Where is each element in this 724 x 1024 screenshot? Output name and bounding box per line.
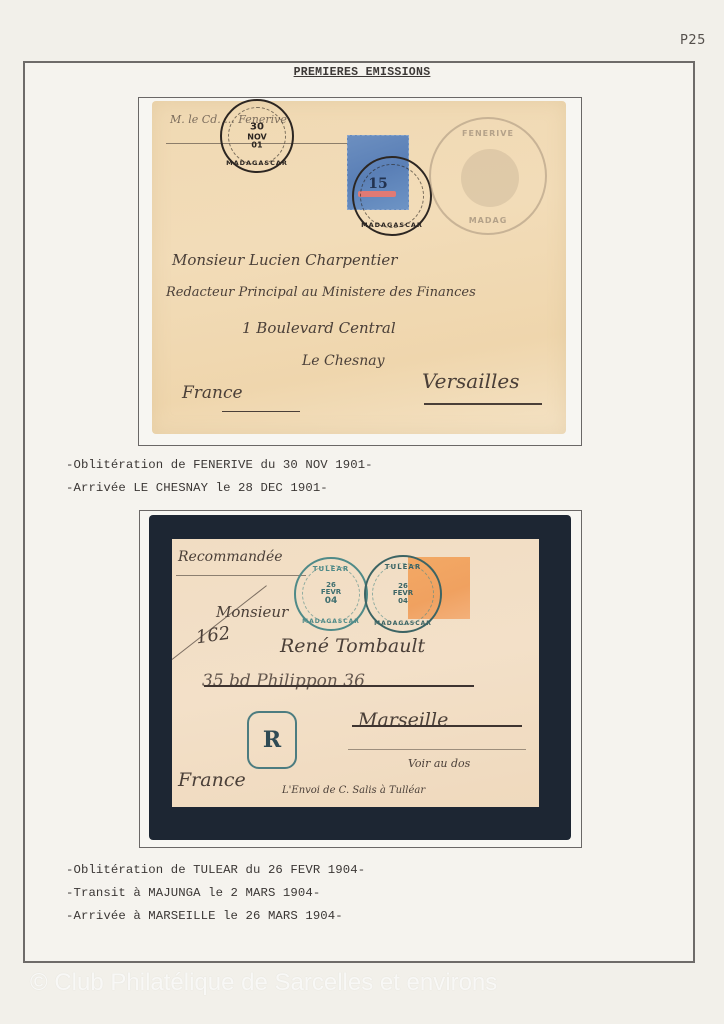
address-line-4-struck: Marseille xyxy=(358,709,448,731)
cover-1-mount: M. le Cd. ... Fenerive 30 NOV 01 MADAGAS… xyxy=(138,97,582,446)
strike-line-4 xyxy=(352,725,522,727)
address-line-1: Monsieur Lucien Charpentier xyxy=(172,251,397,269)
address-line-2: Redacteur Principal au Ministere des Fin… xyxy=(166,285,476,300)
postmark-on-stamp-place: MADAGASCAR xyxy=(354,221,430,229)
postmark-on-stamp: MADAGASCAR xyxy=(352,156,432,236)
caption-cover-2-line-1: -Oblitération de TULEAR du 26 FEVR 1904- xyxy=(66,863,365,877)
cover-2-envelope: Recommandée TULEAR 26 FEVR 04 MADAGASCAR… xyxy=(172,539,539,807)
postmark-2-place-bottom: MADAGASCAR xyxy=(366,620,440,627)
postmark-1-place-bottom: MADAGASCAR xyxy=(296,618,366,625)
postmark-tulear-1: TULEAR 26 FEVR 04 MADAGASCAR xyxy=(294,557,368,631)
caption-cover-2-line-2: -Transit à MAJUNGA le 2 MARS 1904- xyxy=(66,886,320,900)
postmark-place: MADAGASCAR xyxy=(222,159,292,167)
address-country: France xyxy=(182,383,243,403)
recommandee-rule xyxy=(176,575,306,576)
city-underline xyxy=(424,403,542,405)
address-line-2: René Tombault xyxy=(280,635,425,657)
strike-line-3 xyxy=(204,685,474,687)
page-number: P25 xyxy=(680,33,706,48)
postmark-2-year: 04 xyxy=(366,598,440,605)
redirect-note-1: Voir au dos xyxy=(408,757,470,770)
address-line-1: Monsieur xyxy=(216,603,288,621)
postmark-1-year: 04 xyxy=(296,597,366,606)
cachet-emblem xyxy=(461,149,519,207)
postmark-day: 30 xyxy=(222,122,292,133)
address-city: Versailles xyxy=(422,369,519,393)
postmark-1-place-top: TULEAR xyxy=(296,565,366,573)
cachet-bottom-text: MADAG xyxy=(431,216,545,225)
postmark-2-place-top: TULEAR xyxy=(366,563,440,571)
cachet-fenerive: FENERIVE MADAG xyxy=(429,117,547,235)
postmark-tulear-2: TULEAR 26 FEVR 04 MADAGASCAR xyxy=(364,555,442,633)
cover-1-envelope: M. le Cd. ... Fenerive 30 NOV 01 MADAGAS… xyxy=(152,101,566,434)
address-line-3-struck: 35 bd Philippon 36 xyxy=(202,671,365,691)
caption-cover-1-line-1: -Oblitération de FENERIVE du 30 NOV 1901… xyxy=(66,458,373,472)
handwriting-recommandee: Recommandée xyxy=(178,549,283,565)
address-line-3: 1 Boulevard Central xyxy=(242,319,396,337)
postmark-year: 01 xyxy=(222,141,292,149)
caption-cover-2-line-3: -Arrivée à MARSEILLE le 26 MARS 1904- xyxy=(66,909,343,923)
registration-r-mark: R xyxy=(247,711,297,769)
diagonal-stroke xyxy=(172,585,267,660)
postmark-fenerive-left: 30 NOV 01 MADAGASCAR xyxy=(220,99,294,173)
address-country: France xyxy=(178,769,246,791)
address-line-4: Le Chesnay xyxy=(302,353,385,369)
cachet-top-text: FENERIVE xyxy=(431,129,545,138)
country-underline xyxy=(222,411,300,412)
cover-2-mount: Recommandée TULEAR 26 FEVR 04 MADAGASCAR… xyxy=(139,510,582,848)
copyright-watermark: © Club Philatélique de Sarcelles et envi… xyxy=(30,969,497,997)
section-title: PREMIERES EMISSIONS xyxy=(0,66,724,79)
caption-cover-1-line-2: -Arrivée LE CHESNAY le 28 DEC 1901- xyxy=(66,481,328,495)
extra-rule xyxy=(348,749,526,750)
redirect-note-2: L'Envoi de C. Salis à Tulléar xyxy=(282,785,425,796)
